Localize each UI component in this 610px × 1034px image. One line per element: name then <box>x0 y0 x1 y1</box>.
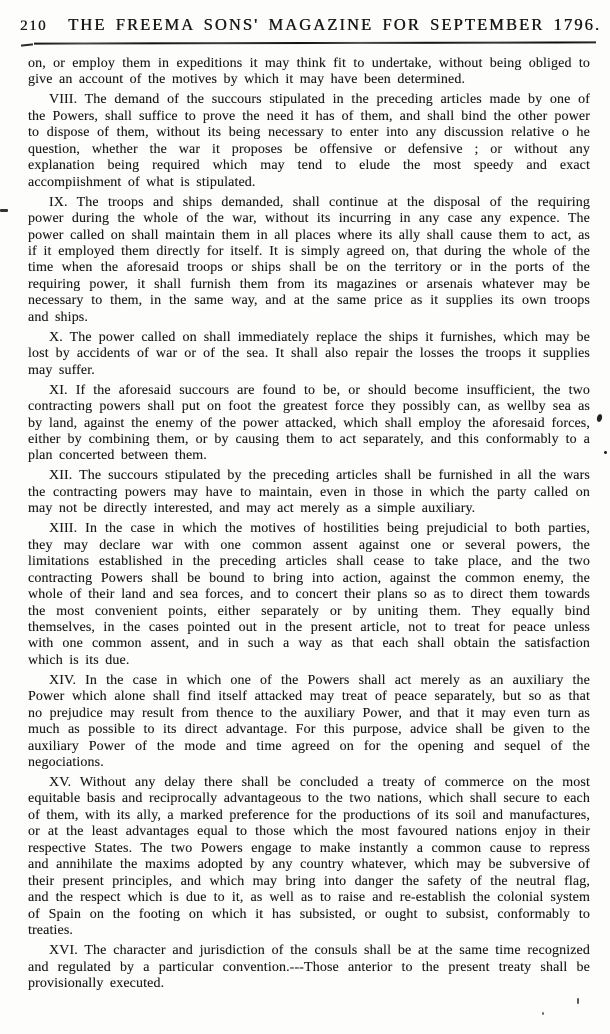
article-number: XIV. <box>49 673 76 688</box>
scanned-page: 210 THE FREEMA SONS' MAGAZINE FOR SEPTEM… <box>0 0 610 1034</box>
article-text: The power called on shall immediately re… <box>28 330 590 378</box>
article-number: XVI. <box>49 943 78 958</box>
article-paragraph-viii: VIII. The demand of the succours stipula… <box>28 92 590 191</box>
scan-artifact <box>542 1012 544 1015</box>
article-paragraph-xv: XV. Without any delay there shall be con… <box>28 775 590 940</box>
article-text: The succours stipulated by the preceding… <box>28 468 590 516</box>
article-number: XI. <box>49 383 68 398</box>
page-header: 210 THE FREEMA SONS' MAGAZINE FOR SEPTEM… <box>0 0 610 35</box>
article-number: IX. <box>49 195 68 210</box>
article-text: In the case in which one of the Powers s… <box>28 673 590 770</box>
article-text: Without any delay there shall be conclud… <box>28 775 590 938</box>
scan-artifact <box>604 451 607 454</box>
article-text: If the aforesaid succours are found to b… <box>28 383 590 464</box>
article-number: X. <box>49 330 63 345</box>
article-text: on, or employ them in expeditions it may… <box>28 56 590 87</box>
article-number: VIII. <box>49 92 77 107</box>
page-body: on, or employ them in expeditions it may… <box>0 45 610 992</box>
article-text: The character and jurisdiction of the co… <box>28 943 590 991</box>
article-paragraph-x: X. The power called on shall immediately… <box>28 330 590 379</box>
article-paragraph-xiii: XIII. In the case in which the motives o… <box>28 521 590 669</box>
page-number: 210 <box>20 18 68 35</box>
article-text: The demand of the succours stipulated in… <box>28 92 590 189</box>
article-paragraph-xvi: XVI. The character and jurisdiction of t… <box>28 943 590 992</box>
header-rule <box>24 41 596 45</box>
article-paragraph-xi: XI. If the aforesaid succours are found … <box>28 383 590 465</box>
scan-artifact <box>577 998 579 1004</box>
article-number: XIII. <box>49 521 77 536</box>
article-number: XII. <box>49 468 72 483</box>
article-paragraph-xii: XII. The succours stipulated by the prec… <box>28 468 590 517</box>
article-text: In the case in which the motives of host… <box>28 521 590 668</box>
page-header-title: THE FREEMA SONS' MAGAZINE FOR SEPTEMBER … <box>68 15 601 35</box>
article-paragraph-xiv: XIV. In the case in which one of the Pow… <box>28 673 590 772</box>
article-number: XV. <box>49 775 71 790</box>
scan-artifact <box>0 209 8 212</box>
article-text: The troops and ships demanded, shall con… <box>28 195 590 325</box>
article-paragraph-continuation: on, or employ them in expeditions it may… <box>28 56 590 89</box>
article-paragraph-ix: IX. The troops and ships demanded, shall… <box>28 195 590 327</box>
